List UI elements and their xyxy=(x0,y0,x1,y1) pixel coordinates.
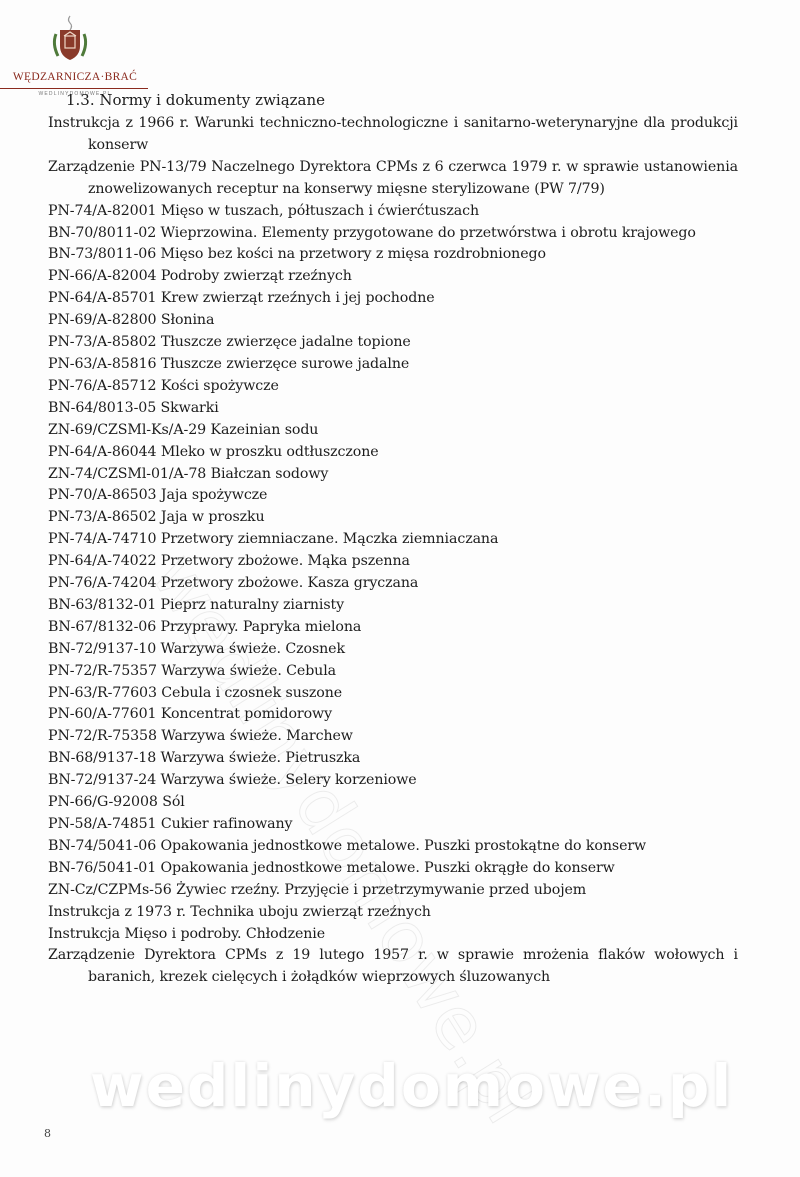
list-item: PN-73/A-85802 Tłuszcze zwierzęce jadalne… xyxy=(48,332,738,354)
list-item: Instrukcja z 1966 r. Warunki techniczno-… xyxy=(48,113,738,157)
logo-divider xyxy=(0,88,148,89)
list-item: BN-72/9137-10 Warzywa świeże. Czosnek xyxy=(48,639,738,661)
list-item: PN-66/G-92008 Sól xyxy=(48,792,738,814)
logo-name: WĘDZARNICZA·BRAĆ xyxy=(0,71,150,83)
list-item: PN-63/R-77603 Cebula i czosnek suszone xyxy=(48,683,738,705)
list-item: PN-74/A-74710 Przetwory ziemniaczane. Mą… xyxy=(48,529,738,551)
list-item: PN-69/A-82800 Słonina xyxy=(48,310,738,332)
list-item: PN-76/A-85712 Kości spożywcze xyxy=(48,376,738,398)
list-item: PN-74/A-82001 Mięso w tuszach, półtuszac… xyxy=(48,201,738,223)
standards-list: Instrukcja z 1966 r. Warunki techniczno-… xyxy=(48,113,738,989)
list-item: ZN-74/CZSMl-01/A-78 Białczan sodowy xyxy=(48,464,738,486)
list-item: PN-72/R-75357 Warzywa świeże. Cebula xyxy=(48,661,738,683)
list-item: Instrukcja Mięso i podroby. Chłodzenie xyxy=(48,924,738,946)
list-item: PN-64/A-85701 Krew zwierząt rzeźnych i j… xyxy=(48,288,738,310)
list-item: PN-63/A-85816 Tłuszcze zwierzęce surowe … xyxy=(48,354,738,376)
site-logo: WĘDZARNICZA·BRAĆ WEDLINYDOMOWE.PL xyxy=(0,8,150,96)
list-item: Zarządzenie PN-13/79 Naczelnego Dyrektor… xyxy=(48,157,738,201)
bottom-watermark: wedlinydomowe.pl xyxy=(90,1052,733,1120)
smokehouse-emblem-icon xyxy=(50,14,90,66)
list-item: PN-72/R-75358 Warzywa świeże. Marchew xyxy=(48,726,738,748)
list-item: Instrukcja z 1973 r. Technika uboju zwie… xyxy=(48,902,738,924)
list-item: PN-64/A-86044 Mleko w proszku odtłuszczo… xyxy=(48,442,738,464)
list-item: PN-70/A-86503 Jaja spożywcze xyxy=(48,485,738,507)
section-title: 1.3. Normy i dokumenty związane xyxy=(66,91,325,109)
list-item: BN-63/8132-01 Pieprz naturalny ziarnisty xyxy=(48,595,738,617)
list-item: BN-70/8011-02 Wieprzowina. Elementy przy… xyxy=(48,223,738,245)
list-item: BN-72/9137-24 Warzywa świeże. Selery kor… xyxy=(48,770,738,792)
list-item: Zarządzenie Dyrektora CPMs z 19 lutego 1… xyxy=(48,945,738,989)
list-item: BN-76/5041-01 Opakowania jednostkowe met… xyxy=(48,858,738,880)
list-item: PN-58/A-74851 Cukier rafinowany xyxy=(48,814,738,836)
list-item: PN-66/A-82004 Podroby zwierząt rzeźnych xyxy=(48,266,738,288)
list-item: BN-68/9137-18 Warzywa świeże. Pietruszka xyxy=(48,748,738,770)
list-item: BN-74/5041-06 Opakowania jednostkowe met… xyxy=(48,836,738,858)
list-item: PN-73/A-86502 Jaja w proszku xyxy=(48,507,738,529)
list-item: PN-76/A-74204 Przetwory zbożowe. Kasza g… xyxy=(48,573,738,595)
list-item: BN-64/8013-05 Skwarki xyxy=(48,398,738,420)
list-item: PN-60/A-77601 Koncentrat pomidorowy xyxy=(48,704,738,726)
list-item: PN-64/A-74022 Przetwory zbożowe. Mąka ps… xyxy=(48,551,738,573)
list-item: BN-73/8011-06 Mięso bez kości na przetwo… xyxy=(48,244,738,266)
list-item: ZN-69/CZSMl-Ks/A-29 Kazeinian sodu xyxy=(48,420,738,442)
page-number: 8 xyxy=(44,1127,51,1140)
list-item: ZN-Cz/CZPMs-56 Żywiec rzeźny. Przyjęcie … xyxy=(48,880,738,902)
list-item: BN-67/8132-06 Przyprawy. Papryka mielona xyxy=(48,617,738,639)
